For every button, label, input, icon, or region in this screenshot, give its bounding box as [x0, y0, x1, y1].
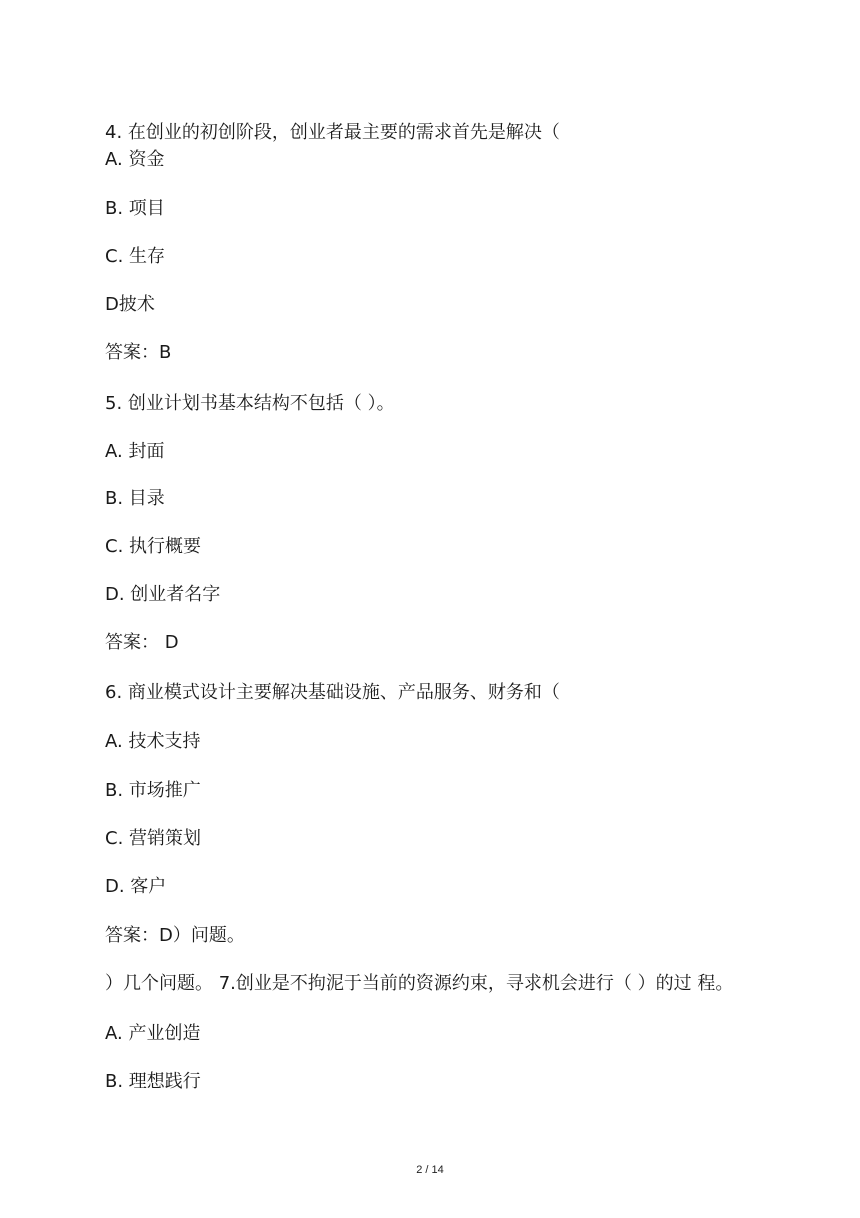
- q5-option-c: C. 执行概要: [105, 536, 201, 558]
- q4-answer: 答案：B: [105, 342, 171, 364]
- question-5-stem: 5. 创业计划书基本结构不包括（ ）。: [105, 393, 395, 415]
- q7-option-b: B. 理想践行: [105, 1071, 201, 1093]
- q4-option-c: C. 生存: [105, 246, 165, 268]
- q4-option-b: B. 项目: [105, 198, 165, 220]
- q7-option-a: A. 产业创造: [105, 1023, 200, 1045]
- q5-option-b: B. 目录: [105, 488, 165, 510]
- question-4-stem: 4. 在创业的初创阶段，创业者最主要的需求首先是解决（: [105, 122, 560, 144]
- q4-option-d: D披术: [105, 294, 155, 316]
- q6-answer: 答案：D）问题。: [105, 925, 245, 947]
- q6-option-a: A. 技术支持: [105, 731, 200, 753]
- q6-option-d: D. 客户: [105, 876, 166, 898]
- question-6-stem: 6. 商业模式设计主要解决基础设施、产品服务、财务和（: [105, 682, 560, 704]
- q4-option-a: A. 资金: [105, 149, 164, 171]
- q6-option-c: C. 营销策划: [105, 828, 201, 850]
- page-number: 2 / 14: [0, 1164, 860, 1176]
- q5-option-d: D. 创业者名字: [105, 584, 220, 606]
- q6-option-b: B. 市场推广: [105, 780, 201, 802]
- q5-option-a: A. 封面: [105, 441, 164, 463]
- question-7-stem: ）几个问题。 7.创业是不拘泥于当前的资源约束，寻求机会进行（ ）的过 程。: [105, 973, 733, 995]
- q5-answer: 答案： D: [105, 632, 179, 654]
